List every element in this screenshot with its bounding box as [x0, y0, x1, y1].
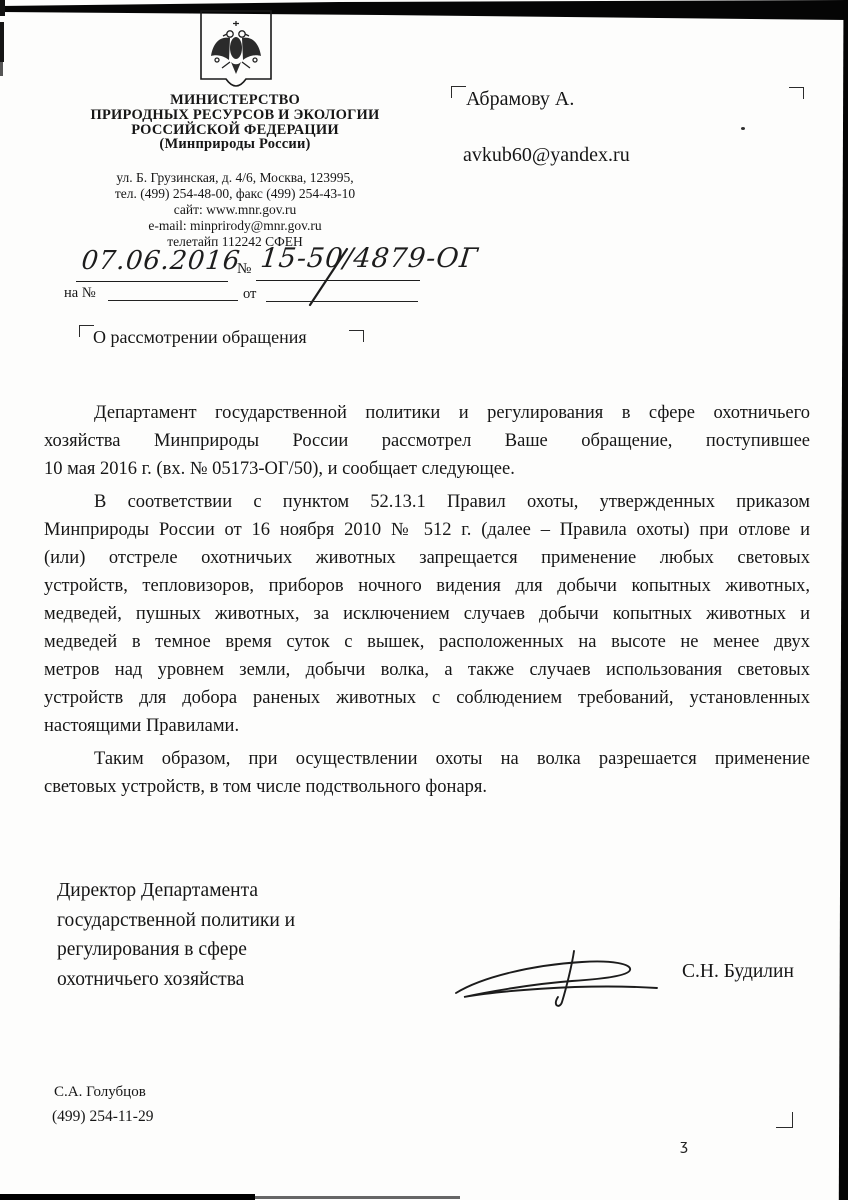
outgoing-date-handwritten: 07.06.2016	[80, 246, 242, 276]
letter-body: Департамент государственной политики и р…	[44, 399, 810, 801]
ministry-name-line: МИНИСТЕРСТВО	[40, 93, 430, 108]
bottom-corner-mark	[776, 1112, 793, 1128]
recipient-corner-mark	[451, 86, 466, 98]
scan-artifact-right-edge	[838, 0, 848, 1200]
body-paragraph: Таким образом, при осуществлении охоты н…	[44, 745, 810, 801]
ministry-name-line: (Минприроды России)	[40, 137, 430, 152]
body-line: устройств, тепловизоров, приборов ночног…	[44, 572, 810, 600]
body-line: хозяйства Минприроды России рассмотрел В…	[44, 427, 810, 455]
date-underline	[76, 281, 228, 282]
outgoing-number-handwritten: 15-50/4879-ОГ	[259, 243, 480, 274]
scan-speck	[741, 127, 745, 130]
body-line: медведей в темное время суток с вышек, р…	[44, 628, 810, 656]
recipient-corner-mark	[789, 87, 804, 99]
body-line: Минприроды России от 16 ноября 2010 № 51…	[44, 516, 810, 544]
executor-phone: (499) 254-11-29	[52, 1108, 153, 1126]
subject-corner-mark	[349, 330, 364, 342]
executor-name: С.А. Голубцов	[54, 1084, 146, 1101]
body-line: медведей, пушных животных, за исключение…	[44, 600, 810, 628]
subject-line: О рассмотрении обращения	[93, 327, 307, 348]
signer-name: С.Н. Будилин	[682, 961, 794, 983]
body-paragraph: Департамент государственной политики и р…	[44, 399, 810, 483]
body-line: устройств для добора раненых животных с …	[44, 684, 810, 712]
signer-title-line: регулирования в сфере	[57, 935, 387, 965]
signer-title-line: Директор Департамента	[57, 876, 387, 906]
scan-squiggle-mark: ʒ	[680, 1138, 688, 1154]
ministry-name-line: ПРИРОДНЫХ РЕСУРСОВ И ЭКОЛОГИИ	[40, 108, 430, 123]
body-line: световых устройств, в том числе подствол…	[44, 773, 810, 801]
ministry-contact-line: ул. Б. Грузинская, д. 4/6, Москва, 12399…	[40, 170, 430, 186]
body-line: 10 мая 2016 г. (вх. № 05173-ОГ/50), и со…	[44, 455, 810, 483]
ministry-contact-block: ул. Б. Грузинская, д. 4/6, Москва, 12399…	[40, 170, 430, 250]
scan-artifact-bottom-edge	[255, 1196, 460, 1199]
signer-title-line: охотничьего хозяйства	[57, 965, 387, 995]
ministry-contact-line: тел. (499) 254-48-00, факс (499) 254-43-…	[40, 186, 430, 202]
ministry-name-block: МИНИСТЕРСТВОПРИРОДНЫХ РЕСУРСОВ И ЭКОЛОГИ…	[40, 93, 430, 152]
scan-artifact-left-edge	[0, 0, 5, 16]
scanned-letter-page: МИНИСТЕРСТВОПРИРОДНЫХ РЕСУРСОВ И ЭКОЛОГИ…	[0, 0, 848, 1200]
signer-title-block: Директор Департаментагосударственной пол…	[57, 876, 387, 994]
body-paragraph: В соответствии с пунктом 52.13.1 Правил …	[44, 488, 810, 740]
body-line: В соответствии с пунктом 52.13.1 Правил …	[44, 488, 810, 516]
body-line: Таким образом, при осуществлении охоты н…	[44, 745, 810, 773]
incoming-number-label: на №	[64, 285, 96, 302]
body-line: настоящими Правилами.	[44, 712, 810, 740]
signature-scribble	[452, 948, 662, 1015]
number-sign-label: №	[237, 261, 251, 278]
incoming-date-underline	[266, 301, 418, 302]
scan-artifact-top-edge	[0, 0, 848, 22]
handwritten-slash-stroke	[303, 246, 351, 313]
ministry-contact-line: сайт: www.mnr.gov.ru	[40, 202, 430, 218]
coat-of-arms-icon	[200, 10, 272, 94]
scan-artifact-left-edge	[0, 22, 4, 62]
scan-artifact-left-edge	[0, 62, 3, 76]
scan-artifact-bottom-edge	[0, 1194, 255, 1200]
ministry-contact-line: e-mail: minprirody@mnr.gov.ru	[40, 218, 430, 234]
incoming-date-label: от	[243, 286, 256, 303]
subject-corner-mark	[79, 325, 94, 337]
incoming-number-underline	[108, 300, 238, 301]
signer-title-line: государственной политики и	[57, 906, 387, 936]
recipient-name: Абрамову А.	[466, 88, 574, 111]
recipient-email: avkub60@yandex.ru	[463, 144, 630, 167]
body-line: (или) отстреле охотничьих животных запре…	[44, 544, 810, 572]
ministry-name-line: РОССИЙСКОЙ ФЕДЕРАЦИИ	[40, 123, 430, 138]
body-line: метров над уровнем земли, добычи волка, …	[44, 656, 810, 684]
body-line: Департамент государственной политики и р…	[44, 399, 810, 427]
